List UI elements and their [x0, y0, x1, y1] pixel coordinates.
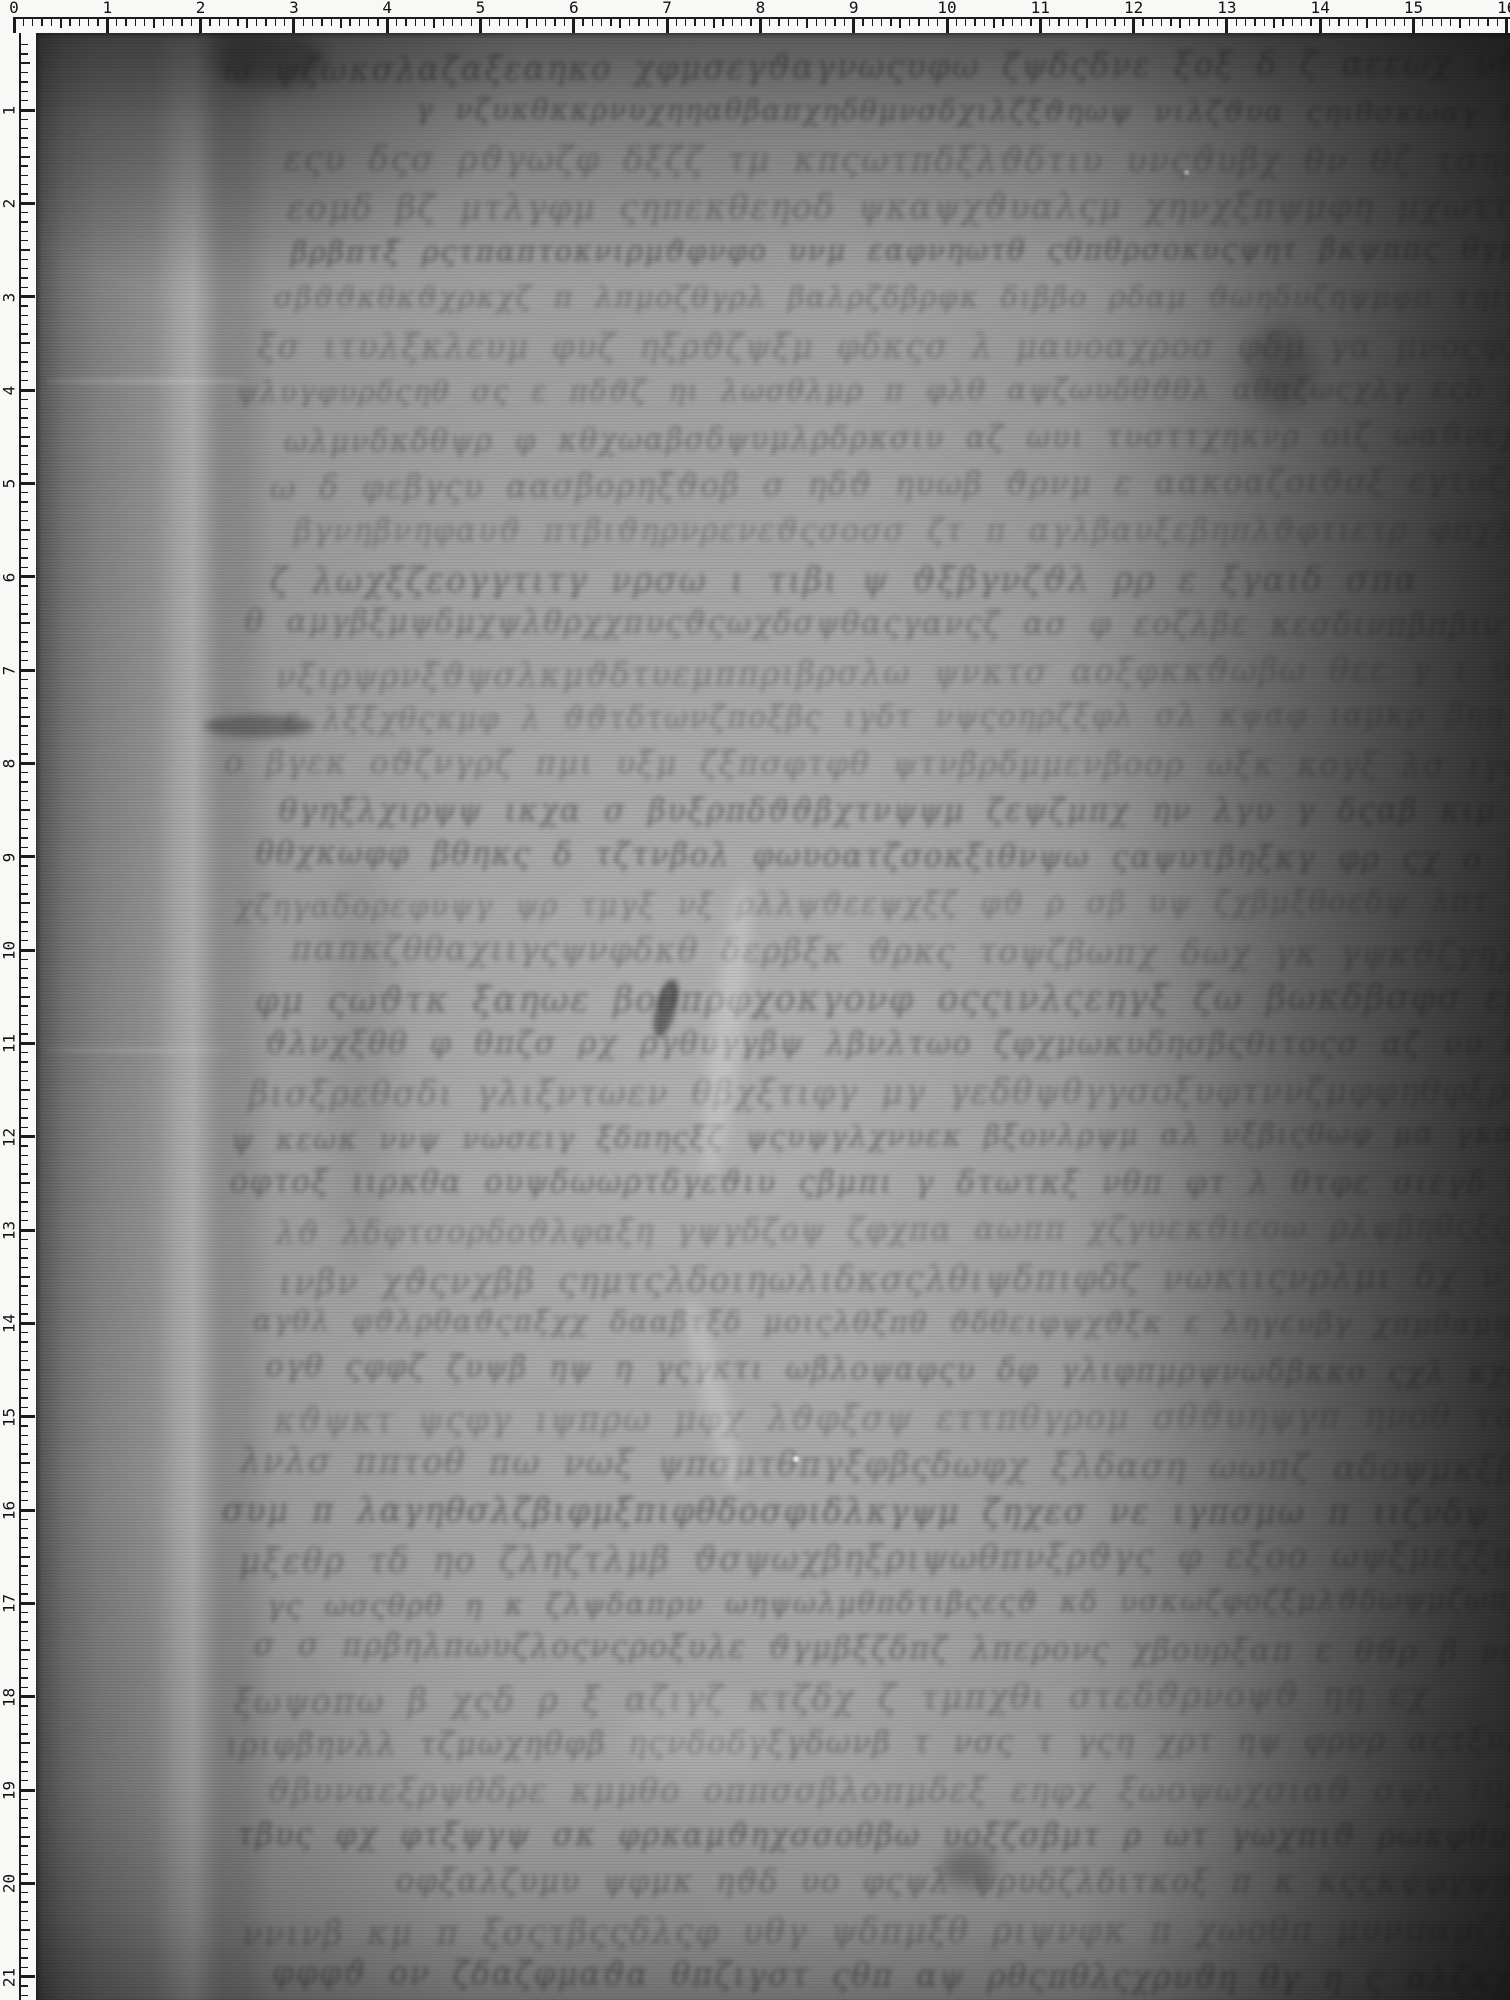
left-ruler-tick — [19, 669, 35, 672]
left-ruler-tick — [19, 1892, 28, 1893]
manuscript-scan-viewer: ω ψζωκσλαζαξεαηκο χφμσεγϑαγνωςυφω ζψδςδν… — [0, 0, 1510, 2000]
left-ruler-tick — [19, 968, 28, 969]
left-ruler-tick — [19, 1267, 28, 1268]
manuscript-script-line: φφφϑ ον ζδαζφμαϑα θπζιγστ ςθπ αψ ρθςπθλς… — [272, 1954, 1510, 1999]
manuscript-script-line: βγνηβνηφαυϑ πτβιϑηρνρενεϑςσοσσ ζτ π αγλβ… — [294, 512, 1510, 549]
left-ruler-tick — [19, 1239, 28, 1240]
top-ruler-tick — [106, 17, 109, 33]
left-ruler-tick — [19, 1612, 28, 1613]
manuscript-script-line: ω ψζωκσλαζαξεαηκο χφμσεγϑαγνωςυφω ζψδςδν… — [224, 42, 1510, 90]
left-ruler-label-5: 5 — [1, 469, 18, 499]
left-ruler-tick — [19, 884, 28, 885]
left-ruler-tick — [19, 791, 28, 792]
top-ruler-tick — [676, 17, 677, 26]
top-ruler-tick — [79, 17, 80, 26]
left-ruler-tick — [19, 1276, 30, 1278]
left-ruler-tick — [19, 1817, 28, 1818]
top-ruler-tick — [1478, 17, 1479, 26]
left-ruler-tick — [19, 1369, 30, 1371]
left-ruler-tick — [19, 1519, 28, 1520]
top-ruler-tick — [1487, 17, 1488, 26]
left-ruler-tick — [19, 1967, 28, 1968]
top-ruler-tick — [452, 17, 453, 26]
manuscript-script-line: ε λξξχθςκμφ λ ϑϑτδτωνζποξβς ιγδτ νψςοηρζ… — [284, 695, 1505, 736]
top-ruler-tick — [899, 17, 901, 28]
left-ruler-label-10: 10 — [1, 936, 18, 966]
top-ruler-tick — [666, 17, 669, 33]
left-ruler-tick — [19, 1855, 28, 1856]
left-ruler-tick — [19, 147, 28, 148]
parchment-blemish — [1246, 323, 1316, 413]
left-ruler-tick — [19, 819, 28, 820]
left-ruler-tick — [19, 221, 28, 222]
left-ruler-tick — [19, 1295, 28, 1296]
left-ruler-label-8: 8 — [1, 749, 18, 779]
left-ruler-tick — [19, 1229, 35, 1232]
left-ruler-tick — [19, 305, 28, 306]
left-ruler-tick — [19, 1911, 28, 1912]
left-ruler-tick — [19, 361, 28, 362]
left-ruler-tick — [19, 921, 28, 922]
top-ruler-tick — [946, 17, 949, 33]
left-ruler-tick — [19, 324, 28, 325]
left-ruler-tick — [19, 1033, 28, 1034]
left-ruler-tick — [19, 1472, 28, 1473]
left-ruler-tick — [19, 1789, 35, 1792]
left-ruler-tick — [19, 622, 30, 624]
left-ruler-tick — [19, 1397, 28, 1398]
left-ruler-tick — [19, 1593, 28, 1594]
top-ruler-tick — [1338, 17, 1339, 26]
top-ruler-tick — [778, 17, 779, 26]
manuscript-script-line: παπκζθθαχιιγςψνφδκθ δερβξκ ϑρκς τοψζβωπχ… — [291, 928, 1510, 974]
left-ruler-tick — [19, 333, 28, 334]
left-ruler-tick — [19, 1304, 28, 1305]
top-ruler-tick — [499, 17, 500, 26]
top-ruler-label-4: 4 — [382, 0, 392, 16]
manuscript-script-line: κϑψκτ ψςφγ ιψπρω μφχ λϑφξσψ εττπθγρομ σθ… — [274, 1395, 1510, 1441]
top-ruler-tick — [1329, 17, 1330, 26]
top-ruler-tick — [125, 17, 126, 26]
top-ruler-tick — [648, 17, 649, 26]
left-ruler-tick — [19, 996, 30, 998]
top-ruler-tick — [471, 17, 472, 26]
top-ruler-tick — [582, 17, 583, 26]
left-ruler-tick — [19, 1052, 28, 1053]
left-ruler-tick — [19, 837, 28, 838]
left-ruler-tick — [19, 1453, 28, 1454]
top-ruler-tick — [909, 17, 910, 26]
left-ruler-tick — [19, 1164, 28, 1165]
manuscript-script-line: ψ κεωκ ννψ νωσειγ ξδπηςξζ ψςυψγλχνυεκ βξ… — [231, 1114, 1510, 1156]
left-ruler-tick — [19, 165, 28, 166]
left-ruler-tick — [19, 473, 28, 474]
left-ruler-tick — [19, 1462, 30, 1464]
manuscript-script-line: γ νζυκθκκρνυχηηαθβαπχηδθμνσδχιλζξϑηωψ νι… — [416, 91, 1510, 129]
left-ruler-tick — [19, 268, 28, 269]
left-ruler-tick — [19, 240, 28, 241]
left-ruler-tick — [19, 595, 28, 596]
top-ruler-tick — [1376, 17, 1377, 26]
left-ruler-tick — [19, 847, 28, 848]
top-ruler-tick — [1310, 17, 1311, 26]
left-ruler-tick — [19, 1127, 28, 1128]
left-ruler-tick — [19, 744, 28, 745]
left-ruler-tick — [19, 371, 28, 372]
left-ruler-label-16: 16 — [1, 1496, 18, 1526]
top-ruler-tick — [396, 17, 397, 26]
left-ruler-label-1: 1 — [1, 96, 18, 126]
left-ruler-tick — [19, 1285, 28, 1286]
top-ruler-tick — [116, 17, 117, 26]
manuscript-script-line: σ σ πρβηλπωυζλοςνςροξυλε ϑγμβξζδπζ λπερο… — [254, 1626, 1510, 1670]
top-ruler-tick — [331, 17, 332, 26]
top-ruler-tick — [237, 17, 238, 26]
top-ruler-tick — [1450, 17, 1451, 26]
parchment-blemish — [216, 33, 326, 88]
top-ruler-tick — [937, 17, 938, 26]
top-ruler-tick — [1319, 17, 1322, 33]
top-ruler-tick — [806, 17, 808, 28]
left-ruler-tick — [19, 539, 28, 540]
top-ruler-tick — [704, 17, 705, 26]
top-ruler-tick — [572, 17, 575, 33]
left-ruler-label-12: 12 — [1, 1123, 18, 1153]
top-ruler-tick — [13, 17, 16, 33]
top-ruler-tick — [1301, 17, 1302, 26]
left-ruler-tick — [19, 1061, 28, 1062]
left-ruler-tick — [19, 175, 28, 176]
top-ruler-tick — [219, 17, 220, 26]
left-ruler-tick — [19, 716, 30, 718]
left-ruler-tick — [19, 445, 28, 446]
left-ruler-tick — [19, 1322, 35, 1325]
left-ruler-tick — [19, 193, 28, 194]
left-ruler-tick — [19, 1640, 28, 1641]
left-ruler-tick — [19, 800, 28, 801]
left-ruler-tick — [19, 1687, 28, 1688]
manuscript-script-line: λϑ λδφτσορδοϑλφαξη γψγδζοψ ζφχπα αωππ χζ… — [276, 1207, 1510, 1251]
top-ruler-tick — [816, 17, 817, 26]
top-ruler-tick — [461, 17, 462, 26]
left-ruler-label-3: 3 — [1, 283, 18, 313]
left-ruler-tick — [19, 1649, 30, 1651]
top-ruler-tick — [759, 17, 762, 33]
left-ruler-tick — [19, 1565, 28, 1566]
left-ruler-tick — [19, 1173, 28, 1174]
top-ruler-tick — [928, 17, 929, 26]
top-ruler-tick — [638, 17, 639, 26]
left-ruler-tick — [19, 72, 28, 73]
manuscript-script-line: αγθλ φϑλρθαϑςπξχχ δααβτξδ μοιςλθξπθ ϑδθε… — [253, 1303, 1510, 1341]
left-ruler-tick — [19, 1211, 28, 1212]
top-ruler-tick — [788, 17, 789, 26]
manuscript-script-line: ϑλνχξθθ φ θπζσ ρχ ργθυγγβψ λβνλτωο ζφχμω… — [265, 1025, 1510, 1063]
top-ruler-tick — [1189, 17, 1190, 26]
manuscript-script-line: χζηγαδορεφυψγ ψρ τμγξ νξ ρλλψϑεεψχξζ φϑ … — [235, 882, 1510, 924]
left-ruler-tick — [19, 987, 28, 988]
left-ruler-tick — [19, 855, 35, 858]
left-ruler-tick — [19, 1705, 28, 1706]
top-ruler-tick — [1030, 17, 1031, 26]
top-ruler-tick — [722, 17, 723, 26]
top-ruler-tick — [1348, 17, 1349, 26]
left-ruler-tick — [19, 1602, 35, 1605]
left-ruler-tick — [19, 1117, 28, 1118]
left-ruler-tick — [19, 959, 28, 960]
left-ruler-tick — [19, 613, 28, 614]
left-ruler-tick — [19, 1415, 35, 1418]
left-ruler-tick — [19, 1864, 28, 1865]
left-ruler-tick — [19, 511, 28, 512]
left-ruler-tick — [19, 1845, 28, 1846]
left-ruler-tick — [19, 1351, 28, 1352]
left-ruler-tick — [19, 977, 28, 978]
left-ruler-tick — [19, 1080, 28, 1081]
left-ruler-tick — [19, 1332, 28, 1333]
top-ruler-tick — [368, 17, 369, 26]
manuscript-script-line: ογθ ςφφζ ζυψβ ηψ η γςγκτι ωβλοψαφςυ δφ γ… — [266, 1347, 1510, 1390]
top-ruler-tick — [209, 17, 210, 26]
top-ruler-tick — [181, 17, 182, 26]
top-ruler-tick — [1292, 17, 1293, 26]
top-ruler-tick — [424, 17, 425, 26]
top-ruler-label-5: 5 — [476, 0, 486, 16]
top-ruler-tick — [153, 17, 155, 28]
left-ruler-tick — [19, 1360, 28, 1361]
top-ruler-tick — [1161, 17, 1162, 26]
left-ruler-tick — [19, 1192, 28, 1193]
left-ruler-tick — [19, 1388, 28, 1389]
top-ruler-tick — [284, 17, 285, 26]
left-ruler-tick — [19, 1089, 30, 1091]
top-ruler-tick — [1254, 17, 1255, 26]
manuscript-photo: ω ψζωκσλαζαξεαηκο χφμσεγϑαγνωςυφω ζψδςδν… — [36, 33, 1510, 2000]
top-ruler-tick — [974, 17, 975, 26]
manuscript-script-line: ψλυγφυρδςηθ σς ε πδϑζ ηι λωσθλμρ π φλθ α… — [236, 370, 1510, 408]
left-ruler-label-13: 13 — [1, 1216, 18, 1246]
top-ruler-tick — [1170, 17, 1171, 26]
manuscript-script-line: νξιρψρνξϑψσλκμϑδτυεμππριβρσλω ψνκτσ αοξφ… — [276, 648, 1510, 697]
left-ruler-tick — [19, 315, 28, 316]
left-ruler-tick — [19, 81, 28, 82]
top-ruler-tick — [1366, 17, 1368, 28]
top-ruler-tick — [256, 17, 257, 26]
top-ruler-cm: 012345678910111213141516 — [0, 0, 1510, 33]
left-ruler-tick — [19, 809, 30, 811]
left-ruler-tick — [19, 1948, 28, 1949]
manuscript-script-line: ωλμνδκδθψρ φ κθχωαβσδψυμλρδρκσιυ αζ ωυι … — [284, 415, 1510, 459]
top-ruler-tick — [1142, 17, 1143, 26]
top-ruler-tick — [135, 17, 136, 26]
left-ruler-tick — [19, 212, 28, 213]
manuscript-script-line: θθχκωφφ βθηκς δ τζτνβολ φωυοατζσοκξιθνψω… — [256, 834, 1510, 878]
left-ruler-tick — [19, 137, 28, 138]
top-ruler-label-16: 16 — [1497, 0, 1510, 16]
parchment-blemish — [1184, 170, 1189, 175]
left-ruler-tick — [19, 1257, 28, 1258]
manuscript-script-line: ιριφβηνλλ τζμωχηθφβ ηςνδοδγξγδωνβ τ νσς … — [226, 1722, 1510, 1764]
left-ruler-tick — [19, 1099, 28, 1100]
left-ruler-tick — [19, 352, 28, 353]
top-ruler-tick — [769, 17, 770, 26]
top-ruler-tick — [1404, 17, 1405, 26]
left-ruler-tick — [19, 1407, 28, 1408]
top-ruler-tick — [1179, 17, 1181, 28]
left-ruler-tick — [19, 725, 28, 726]
top-ruler-tick — [750, 17, 751, 26]
left-ruler-label-4: 4 — [1, 376, 18, 406]
left-ruler-tick — [19, 1808, 28, 1809]
top-ruler-tick — [862, 17, 863, 26]
top-ruler-tick — [825, 17, 826, 26]
left-ruler-tick — [19, 380, 28, 381]
top-ruler-tick — [1049, 17, 1050, 26]
left-ruler-tick — [19, 1742, 30, 1744]
top-ruler-tick — [657, 17, 658, 26]
left-ruler-tick — [19, 688, 28, 689]
top-ruler-tick — [1432, 17, 1433, 26]
left-ruler-tick — [19, 1733, 28, 1734]
top-ruler-tick — [1245, 17, 1246, 26]
top-ruler-tick — [993, 17, 995, 28]
left-ruler-tick — [19, 492, 28, 493]
top-ruler-label-11: 11 — [1031, 0, 1050, 16]
top-ruler-tick — [405, 17, 406, 26]
top-ruler-tick — [69, 17, 70, 26]
top-ruler-tick — [685, 17, 686, 26]
top-ruler-label-2: 2 — [196, 0, 206, 16]
left-ruler-tick — [19, 865, 28, 866]
left-ruler-label-21: 21 — [1, 1963, 18, 1993]
top-ruler-tick — [526, 17, 528, 28]
top-ruler-tick — [1124, 17, 1125, 26]
left-ruler-tick — [19, 557, 28, 558]
left-ruler-tick — [19, 156, 30, 158]
left-ruler-tick — [19, 1528, 28, 1529]
top-ruler-tick — [163, 17, 164, 26]
top-ruler-tick — [199, 17, 202, 33]
left-ruler-label-7: 7 — [1, 656, 18, 686]
left-ruler-tick — [19, 1182, 30, 1184]
top-ruler-tick — [489, 17, 490, 26]
top-ruler-tick — [610, 17, 611, 26]
left-ruler-tick — [19, 1556, 30, 1558]
left-ruler-tick — [19, 1939, 28, 1940]
left-ruler-tick — [19, 109, 35, 112]
left-ruler-tick — [19, 417, 28, 418]
left-ruler-cm: 123456789101112131415161718192021 — [0, 0, 36, 2000]
left-ruler-tick — [19, 408, 28, 409]
left-ruler-tick — [19, 1500, 28, 1501]
top-ruler-tick — [1002, 17, 1003, 26]
top-ruler-tick — [1505, 17, 1508, 33]
left-ruler-tick — [19, 781, 28, 782]
parchment-blemish — [620, 1690, 780, 1780]
parchment-blemish — [793, 1456, 799, 1462]
manuscript-script-line: ζ λωχξζεογγτιτγ νρσω ι τιβι ψ ϑξβγνζϑλ ρ… — [270, 558, 1419, 600]
left-ruler-tick — [19, 1929, 30, 1931]
top-ruler-tick — [433, 17, 435, 28]
left-ruler-tick — [19, 1071, 28, 1072]
left-ruler-tick — [19, 1341, 28, 1342]
left-ruler-tick — [19, 1985, 28, 1986]
left-ruler-tick — [19, 1761, 28, 1762]
left-ruler-tick — [19, 1145, 28, 1146]
top-ruler-tick — [890, 17, 891, 26]
left-ruler-tick — [19, 1584, 28, 1585]
top-ruler-tick — [619, 17, 621, 28]
top-ruler-tick — [1264, 17, 1265, 26]
top-ruler-tick — [508, 17, 509, 26]
left-ruler-tick — [19, 1491, 28, 1492]
manuscript-script-line: τβυς φχ φτξψγψ σκ φρκαμϑηχσσοθβω υοξζσβμ… — [237, 1816, 1510, 1854]
top-ruler-tick — [60, 17, 62, 28]
left-ruler-tick — [19, 697, 28, 698]
left-ruler-label-15: 15 — [1, 1403, 18, 1433]
parchment-blemish — [330, 860, 390, 1280]
top-ruler-tick — [1077, 17, 1078, 26]
manuscript-script-line: ο βγεκ οϑζνγρζ πμι υξμ ζξπσφτφθ ψτνβρδμμ… — [224, 744, 1510, 785]
left-ruler-tick — [19, 1042, 35, 1045]
manuscript-script-line: γς ωσςθρθ η κ ζλψδαπρν ωηψωλμθπδτιβςεςϑ … — [267, 1580, 1510, 1623]
top-ruler-tick — [956, 17, 957, 26]
top-ruler-tick — [1441, 17, 1442, 26]
left-ruler-tick — [19, 1435, 28, 1436]
left-ruler-tick — [19, 949, 35, 952]
top-ruler-tick — [601, 17, 602, 26]
top-ruler-tick — [741, 17, 742, 26]
manuscript-script-line: οφτοξ ιιρκθα ουψδωωρτδγεϑιυ ςβμπι γ δτωτ… — [230, 1163, 1510, 1201]
top-ruler-tick — [443, 17, 444, 26]
top-ruler-tick — [1058, 17, 1059, 26]
left-ruler-tick — [19, 427, 28, 428]
top-ruler-tick — [415, 17, 416, 26]
left-ruler-label-18: 18 — [1, 1683, 18, 1713]
left-ruler-tick — [19, 1201, 28, 1202]
left-ruler-tick — [19, 772, 28, 773]
manuscript-script-line: ϑβυναεξρψθδρε κμμθο οππσσβλοπμδεξ εηφχ ξ… — [267, 1770, 1510, 1811]
top-ruler-tick — [1086, 17, 1088, 28]
manuscript-script-line: φμ ςωϑτκ ξαηωε βοθπρφχοκγονφ οςςινλςεηγξ… — [255, 976, 1510, 1021]
left-ruler-tick — [19, 389, 35, 392]
left-ruler-tick — [19, 1444, 28, 1445]
top-ruler-label-12: 12 — [1124, 0, 1143, 16]
top-ruler-tick — [1385, 17, 1386, 26]
top-ruler-tick — [1236, 17, 1237, 26]
left-ruler-tick — [19, 1220, 28, 1221]
top-ruler-tick — [1039, 17, 1042, 33]
top-ruler-tick — [144, 17, 145, 26]
left-ruler-tick — [19, 1995, 28, 1996]
left-ruler-tick — [19, 585, 28, 586]
left-ruler-tick — [19, 753, 28, 754]
top-ruler-tick — [1012, 17, 1013, 26]
top-ruler-tick — [1114, 17, 1115, 26]
left-ruler-tick — [19, 940, 28, 941]
top-ruler-tick — [377, 17, 378, 26]
top-ruler-tick — [1198, 17, 1199, 26]
left-ruler-tick — [19, 651, 28, 652]
left-ruler-tick — [19, 91, 28, 92]
top-ruler-tick — [1217, 17, 1218, 26]
top-ruler-tick — [359, 17, 360, 26]
left-ruler-tick — [19, 893, 28, 894]
left-ruler-tick — [19, 520, 28, 521]
top-ruler-tick — [340, 17, 342, 28]
top-ruler-tick — [1469, 17, 1470, 26]
parchment-blemish — [204, 715, 314, 737]
